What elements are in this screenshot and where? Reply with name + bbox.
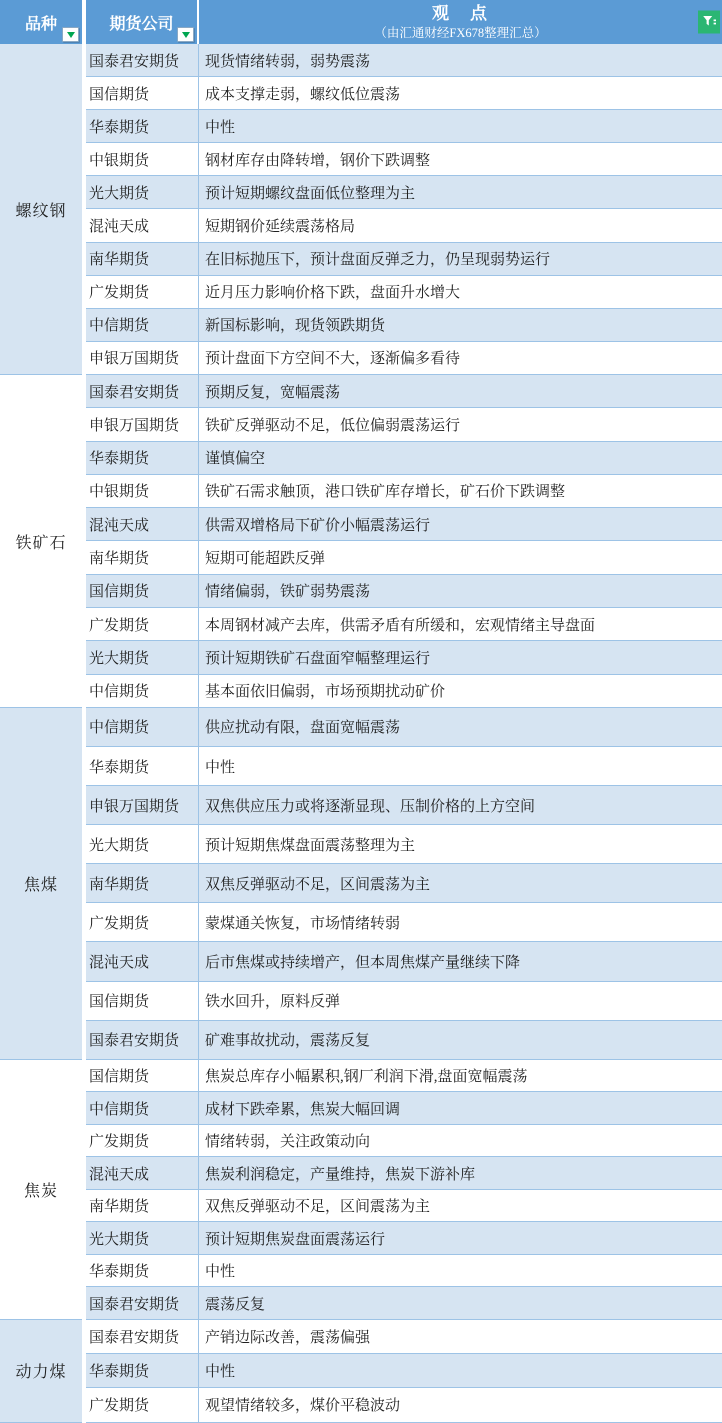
table-row: 中信期货供应扰动有限，盘面宽幅震荡 bbox=[86, 708, 722, 747]
table-row: 混沌天成短期钢价延续震荡格局 bbox=[86, 209, 722, 242]
view-cell: 双焦供应压力或将逐渐显现、压制价格的上方空间 bbox=[199, 786, 722, 824]
view-cell: 蒙煤通关恢复，市场情绪转弱 bbox=[199, 903, 722, 941]
company-cell: 国泰君安期货 bbox=[86, 44, 199, 76]
view-cell: 焦炭利润稳定，产量维持，焦炭下游补库 bbox=[199, 1157, 722, 1189]
view-cell: 情绪偏弱，铁矿弱势震荡 bbox=[199, 575, 722, 607]
view-cell: 中性 bbox=[199, 747, 722, 785]
table-row: 混沌天成焦炭利润稳定，产量维持，焦炭下游补库 bbox=[86, 1157, 722, 1190]
company-cell: 南华期货 bbox=[86, 1190, 199, 1222]
table-row: 光大期货预计短期焦煤盘面震荡整理为主 bbox=[86, 825, 722, 864]
table-row: 申银万国期货双焦供应压力或将逐渐显现、压制价格的上方空间 bbox=[86, 786, 722, 825]
company-cell: 混沌天成 bbox=[86, 1157, 199, 1189]
table-row: 光大期货预计短期螺纹盘面低位整理为主 bbox=[86, 176, 722, 209]
table-row: 广发期货本周钢材减产去库，供需矛盾有所缓和，宏观情绪主导盘面 bbox=[86, 608, 722, 641]
view-cell: 预计短期焦炭盘面震荡运行 bbox=[199, 1222, 722, 1254]
company-cell: 中银期货 bbox=[86, 475, 199, 507]
filter-funnel-icon bbox=[702, 15, 717, 30]
company-cell: 国泰君安期货 bbox=[86, 375, 199, 407]
table-row: 广发期货蒙煤通关恢复，市场情绪转弱 bbox=[86, 903, 722, 942]
table-row: 广发期货情绪转弱，关注政策动向 bbox=[86, 1125, 722, 1158]
company-cell: 广发期货 bbox=[86, 1388, 199, 1421]
header-cell-variety: 品种 bbox=[0, 0, 86, 44]
view-cell: 预计盘面下方空间不大，逐渐偏多看待 bbox=[199, 342, 722, 374]
company-cell: 光大期货 bbox=[86, 1222, 199, 1254]
view-cell: 钢材库存由降转增，钢价下跌调整 bbox=[199, 143, 722, 175]
header-cell-company: 期货公司 bbox=[86, 0, 199, 44]
table-row: 南华期货双焦反弹驱动不足，区间震荡为主 bbox=[86, 1190, 722, 1223]
table-row: 南华期货短期可能超跌反弹 bbox=[86, 541, 722, 574]
variety-column: 螺纹钢铁矿石焦煤焦炭动力煤 bbox=[0, 44, 86, 1423]
company-cell: 华泰期货 bbox=[86, 442, 199, 474]
view-cell: 预计短期铁矿石盘面窄幅整理运行 bbox=[199, 641, 722, 673]
view-cell: 近月压力影响价格下跌，盘面升水增大 bbox=[199, 276, 722, 308]
company-cell: 广发期货 bbox=[86, 276, 199, 308]
view-cell: 震荡反复 bbox=[199, 1287, 722, 1319]
company-cell: 国信期货 bbox=[86, 1060, 199, 1092]
rows-column: 国泰君安期货现货情绪转弱，弱势震荡国信期货成本支撑走弱，螺纹低位震荡华泰期货中性… bbox=[86, 44, 722, 1423]
header-cell-view: 观 点 （由汇通财经FX678整理汇总） bbox=[199, 0, 722, 44]
filter-dropdown-icon bbox=[182, 32, 190, 38]
company-cell: 国泰君安期货 bbox=[86, 1287, 199, 1319]
table-row: 南华期货双焦反弹驱动不足，区间震荡为主 bbox=[86, 864, 722, 903]
futures-opinions-table: 品种 期货公司 观 点 （由汇通财经FX678整理汇总） 螺纹钢 bbox=[0, 0, 722, 1423]
company-cell: 南华期货 bbox=[86, 541, 199, 573]
table-row: 国泰君安期货产销边际改善，震荡偏强 bbox=[86, 1320, 722, 1354]
view-cell: 短期钢价延续震荡格局 bbox=[199, 209, 722, 241]
table-filter-button[interactable] bbox=[698, 11, 720, 34]
view-cell: 成材下跌牵累，焦炭大幅回调 bbox=[199, 1092, 722, 1124]
view-cell: 在旧标抛压下，预计盘面反弹乏力，仍呈现弱势运行 bbox=[199, 243, 722, 275]
table-row: 混沌天成后市焦煤或持续增产，但本周焦煤产量继续下降 bbox=[86, 942, 722, 981]
company-cell: 广发期货 bbox=[86, 903, 199, 941]
filter-dropdown-icon bbox=[67, 32, 75, 38]
table-row: 中信期货成材下跌牵累，焦炭大幅回调 bbox=[86, 1092, 722, 1125]
variety-cell: 螺纹钢 bbox=[0, 44, 82, 375]
table-header: 品种 期货公司 观 点 （由汇通财经FX678整理汇总） bbox=[0, 0, 722, 44]
company-cell: 中信期货 bbox=[86, 1092, 199, 1124]
table-row: 国泰君安期货现货情绪转弱，弱势震荡 bbox=[86, 44, 722, 77]
company-cell: 中信期货 bbox=[86, 309, 199, 341]
company-cell: 华泰期货 bbox=[86, 1255, 199, 1287]
view-cell: 焦炭总库存小幅累积,钢厂利润下滑,盘面宽幅震荡 bbox=[199, 1060, 722, 1092]
company-cell: 光大期货 bbox=[86, 641, 199, 673]
view-cell: 谨慎偏空 bbox=[199, 442, 722, 474]
table-row: 申银万国期货铁矿反弹驱动不足，低位偏弱震荡运行 bbox=[86, 408, 722, 441]
company-cell: 混沌天成 bbox=[86, 508, 199, 540]
view-header-subtitle: （由汇通财经FX678整理汇总） bbox=[374, 25, 546, 41]
company-cell: 光大期货 bbox=[86, 825, 199, 863]
table-row: 中银期货铁矿石需求触顶，港口铁矿库存增长，矿石价下跌调整 bbox=[86, 475, 722, 508]
view-cell: 成本支撑走弱，螺纹低位震荡 bbox=[199, 77, 722, 109]
company-cell: 南华期货 bbox=[86, 243, 199, 275]
view-cell: 基本面依旧偏弱，市场预期扰动矿价 bbox=[199, 675, 722, 707]
view-cell: 观望情绪较多，煤价平稳波动 bbox=[199, 1388, 722, 1421]
table-row: 国信期货铁水回升，原料反弹 bbox=[86, 982, 722, 1021]
company-cell: 国信期货 bbox=[86, 77, 199, 109]
table-row: 国信期货焦炭总库存小幅累积,钢厂利润下滑,盘面宽幅震荡 bbox=[86, 1060, 722, 1093]
table-row: 华泰期货中性 bbox=[86, 747, 722, 786]
table-row: 华泰期货中性 bbox=[86, 1354, 722, 1388]
company-cell: 中银期货 bbox=[86, 143, 199, 175]
view-cell: 情绪转弱，关注政策动向 bbox=[199, 1125, 722, 1157]
table-row: 国信期货情绪偏弱，铁矿弱势震荡 bbox=[86, 575, 722, 608]
variety-cell: 铁矿石 bbox=[0, 375, 82, 708]
company-cell: 混沌天成 bbox=[86, 209, 199, 241]
company-cell: 中信期货 bbox=[86, 708, 199, 746]
company-cell: 国泰君安期货 bbox=[86, 1021, 199, 1059]
view-cell: 预计短期焦煤盘面震荡整理为主 bbox=[199, 825, 722, 863]
view-cell: 本周钢材减产去库，供需矛盾有所缓和，宏观情绪主导盘面 bbox=[199, 608, 722, 640]
table-row: 广发期货近月压力影响价格下跌，盘面升水增大 bbox=[86, 276, 722, 309]
variety-filter-button[interactable] bbox=[62, 27, 79, 42]
table-row: 华泰期货中性 bbox=[86, 1255, 722, 1288]
table-row: 中银期货钢材库存由降转增，钢价下跌调整 bbox=[86, 143, 722, 176]
table-row: 国泰君安期货矿难事故扰动，震荡反复 bbox=[86, 1021, 722, 1060]
view-cell: 现货情绪转弱，弱势震荡 bbox=[199, 44, 722, 76]
variety-cell: 焦炭 bbox=[0, 1060, 82, 1320]
table-row: 华泰期货中性 bbox=[86, 110, 722, 143]
company-cell: 华泰期货 bbox=[86, 110, 199, 142]
table-row: 中信期货新国标影响，现货领跌期货 bbox=[86, 309, 722, 342]
view-cell: 新国标影响，现货领跌期货 bbox=[199, 309, 722, 341]
table-row: 申银万国期货预计盘面下方空间不大，逐渐偏多看待 bbox=[86, 342, 722, 375]
company-cell: 国信期货 bbox=[86, 575, 199, 607]
view-cell: 产销边际改善，震荡偏强 bbox=[199, 1320, 722, 1353]
company-cell: 华泰期货 bbox=[86, 1354, 199, 1387]
view-cell: 后市焦煤或持续增产，但本周焦煤产量继续下降 bbox=[199, 942, 722, 980]
company-cell: 广发期货 bbox=[86, 1125, 199, 1157]
company-cell: 申银万国期货 bbox=[86, 786, 199, 824]
variety-cell: 动力煤 bbox=[0, 1320, 82, 1423]
table-row: 国泰君安期货震荡反复 bbox=[86, 1287, 722, 1320]
company-header-label: 期货公司 bbox=[109, 11, 173, 34]
view-cell: 中性 bbox=[199, 110, 722, 142]
company-cell: 中信期货 bbox=[86, 675, 199, 707]
company-cell: 光大期货 bbox=[86, 176, 199, 208]
view-cell: 矿难事故扰动，震荡反复 bbox=[199, 1021, 722, 1059]
company-filter-button[interactable] bbox=[177, 27, 194, 42]
table-row: 光大期货预计短期焦炭盘面震荡运行 bbox=[86, 1222, 722, 1255]
variety-cell: 焦煤 bbox=[0, 708, 82, 1060]
view-cell: 预期反复，宽幅震荡 bbox=[199, 375, 722, 407]
table-row: 光大期货预计短期铁矿石盘面窄幅整理运行 bbox=[86, 641, 722, 674]
view-cell: 中性 bbox=[199, 1354, 722, 1387]
table-row: 国信期货成本支撑走弱，螺纹低位震荡 bbox=[86, 77, 722, 110]
company-cell: 国信期货 bbox=[86, 982, 199, 1020]
company-cell: 申银万国期货 bbox=[86, 408, 199, 440]
company-cell: 华泰期货 bbox=[86, 747, 199, 785]
view-cell: 双焦反弹驱动不足，区间震荡为主 bbox=[199, 1190, 722, 1222]
view-cell: 铁矿反弹驱动不足，低位偏弱震荡运行 bbox=[199, 408, 722, 440]
company-cell: 广发期货 bbox=[86, 608, 199, 640]
company-cell: 南华期货 bbox=[86, 864, 199, 902]
view-cell: 双焦反弹驱动不足，区间震荡为主 bbox=[199, 864, 722, 902]
table-row: 国泰君安期货预期反复，宽幅震荡 bbox=[86, 375, 722, 408]
view-cell: 铁水回升，原料反弹 bbox=[199, 982, 722, 1020]
table-row: 华泰期货谨慎偏空 bbox=[86, 442, 722, 475]
variety-header-label: 品种 bbox=[25, 11, 57, 34]
view-cell: 供应扰动有限，盘面宽幅震荡 bbox=[199, 708, 722, 746]
company-cell: 申银万国期货 bbox=[86, 342, 199, 374]
table-row: 中信期货基本面依旧偏弱，市场预期扰动矿价 bbox=[86, 675, 722, 708]
table-row: 混沌天成供需双增格局下矿价小幅震荡运行 bbox=[86, 508, 722, 541]
table-row: 广发期货观望情绪较多，煤价平稳波动 bbox=[86, 1388, 722, 1422]
view-cell: 铁矿石需求触顶，港口铁矿库存增长，矿石价下跌调整 bbox=[199, 475, 722, 507]
view-cell: 中性 bbox=[199, 1255, 722, 1287]
table-row: 南华期货在旧标抛压下，预计盘面反弹乏力，仍呈现弱势运行 bbox=[86, 243, 722, 276]
view-cell: 预计短期螺纹盘面低位整理为主 bbox=[199, 176, 722, 208]
table-body: 螺纹钢铁矿石焦煤焦炭动力煤 国泰君安期货现货情绪转弱，弱势震荡国信期货成本支撑走… bbox=[0, 44, 722, 1423]
view-header-title: 观 点 bbox=[432, 4, 489, 24]
company-cell: 国泰君安期货 bbox=[86, 1320, 199, 1353]
view-cell: 供需双增格局下矿价小幅震荡运行 bbox=[199, 508, 722, 540]
company-cell: 混沌天成 bbox=[86, 942, 199, 980]
view-cell: 短期可能超跌反弹 bbox=[199, 541, 722, 573]
